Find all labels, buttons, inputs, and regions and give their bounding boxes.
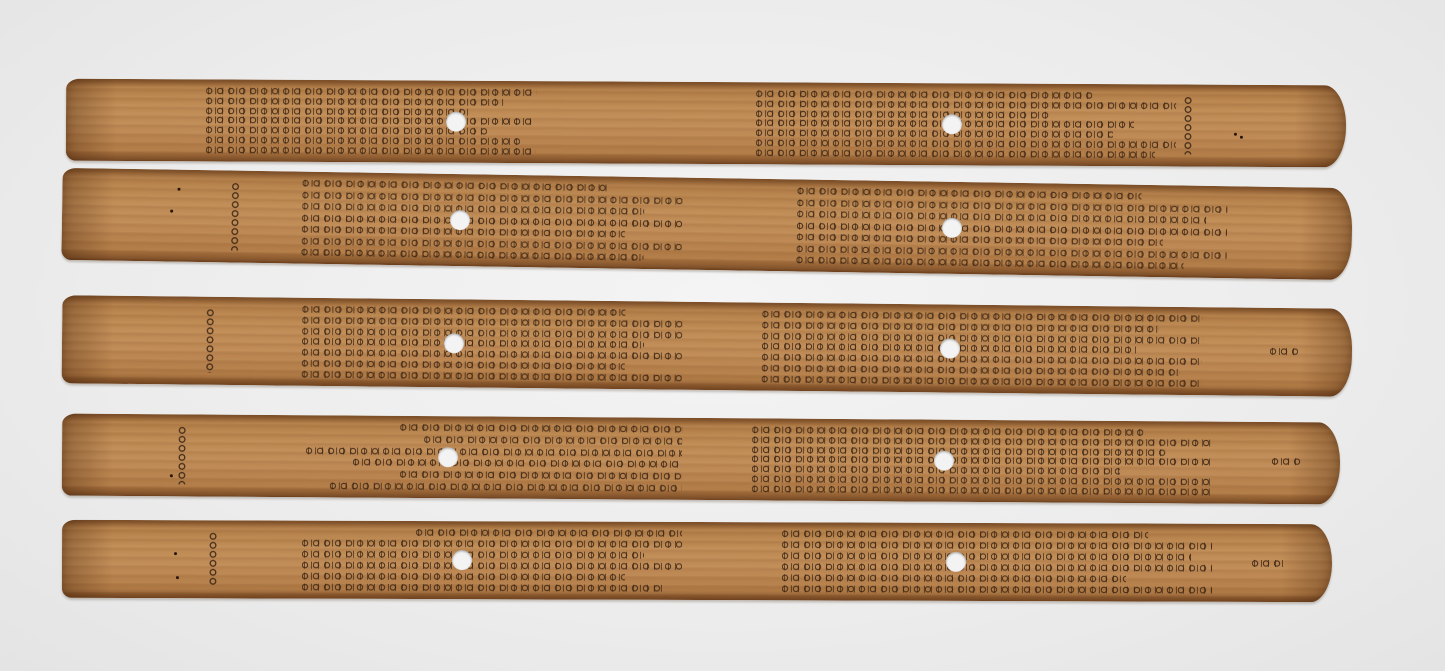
palm-leaf-3 bbox=[62, 295, 1353, 397]
text-block-left bbox=[302, 306, 683, 382]
ink-dot bbox=[177, 188, 180, 191]
text-block-left bbox=[302, 529, 682, 592]
leaf-number-mark bbox=[177, 426, 187, 484]
ink-dot bbox=[1234, 133, 1237, 136]
string-hole bbox=[946, 552, 966, 572]
ink-dot bbox=[1240, 136, 1243, 139]
leaf-number-label bbox=[1272, 458, 1302, 465]
text-block-right bbox=[756, 90, 1176, 158]
palm-leaf-4 bbox=[62, 414, 1341, 505]
leaf-number-label bbox=[1252, 560, 1284, 567]
ink-dot bbox=[170, 210, 173, 213]
palm-leaf-2 bbox=[61, 168, 1352, 280]
ink-dot bbox=[174, 552, 177, 555]
ink-dot bbox=[176, 576, 179, 579]
leaf-number-label bbox=[1270, 348, 1298, 355]
text-block-right bbox=[762, 311, 1203, 388]
text-block-right bbox=[782, 530, 1212, 594]
text-block-left bbox=[301, 180, 682, 262]
palm-leaf-1 bbox=[66, 79, 1346, 168]
string-hole bbox=[942, 114, 962, 134]
text-block-right bbox=[752, 426, 1212, 495]
leaf-number-mark bbox=[208, 532, 218, 586]
string-hole bbox=[446, 112, 466, 132]
text-block-right bbox=[796, 187, 1227, 270]
ink-dot bbox=[170, 474, 173, 477]
string-hole bbox=[452, 550, 472, 570]
string-hole bbox=[444, 333, 464, 353]
palm-leaf-5 bbox=[62, 520, 1332, 602]
string-hole bbox=[438, 447, 458, 467]
leaf-number-mark bbox=[205, 309, 216, 373]
string-hole bbox=[940, 338, 960, 358]
leaf-number-mark bbox=[1183, 96, 1193, 154]
string-hole bbox=[934, 451, 954, 471]
text-block-left bbox=[206, 87, 536, 155]
leaf-number-mark bbox=[230, 183, 241, 251]
